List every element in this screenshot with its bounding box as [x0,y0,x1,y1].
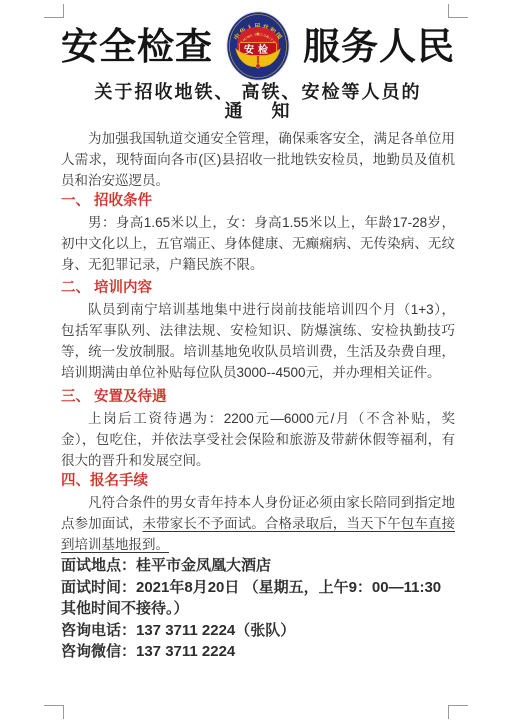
notice-document-page: 安全检查 中华人民共和国 CHINA SECURITY ★ ★ [0,0,510,720]
contact-interview-location: 面试地点：桂平市金凤凰大酒店 [61,555,455,577]
badge-star-icon: ★ [256,32,261,38]
contact-interview-time: 面试时间：2021年8月20日 （星期五，上午9：00—11:30其他时间不接待… [61,577,455,620]
section-3-body: 上岗后工资待遇为：2200元—6000元/月（不含补贴，奖金），包吃住，并依法享… [61,408,455,471]
section-1-body: 男：身高1.65米以上，女：身高1.55米以上，年龄17-28岁，初中文化以上，… [61,212,455,275]
text-boundary-mark-bottom-right [448,705,468,719]
section-1-heading: 一、 招收条件 [61,191,455,212]
section-4-heading: 四、报名手续 [61,471,455,492]
section-4-body: 凡符合条件的男女青年持本人身份证必须由家长陪同到指定地点参加面试，未带家长不予面… [61,492,455,555]
badge-center-text: 安检 [244,43,272,56]
document-content: 安全检查 中华人民共和国 CHINA SECURITY ★ ★ [61,10,455,663]
section-3-heading: 三、 安置及待遇 [61,387,455,408]
badge-bottom-emblem [256,64,260,68]
notice-subtitle: 关于招收地铁、 高铁、安检等人员的 通 知 [61,83,455,121]
section-2-body: 队员到南宁培训基地集中进行岗前技能培训四个月（1+3），包括军事队列、法律法规、… [61,299,455,383]
notice-subtitle-line1: 关于招收地铁、 高铁、安检等人员的 [61,83,455,102]
section-2-heading: 二、 培训内容 [61,278,455,299]
security-badge-svg: 中华人民共和国 CHINA SECURITY ★ ★ ★ 安检 [226,11,290,81]
security-badge-icon: 中华人民共和国 CHINA SECURITY ★ ★ ★ 安检 [226,11,290,81]
badge-star-small-left-icon: ★ [248,35,251,39]
document-title-row: 安全检查 中华人民共和国 CHINA SECURITY ★ ★ [61,10,455,82]
notice-subtitle-line2: 通 知 [61,102,455,121]
contact-wechat: 咨询微信：137 3711 2224 [61,641,455,663]
badge-star-small-right-icon: ★ [266,35,269,39]
text-boundary-mark-bottom-left [44,705,64,719]
contact-phone: 咨询电话：137 3711 2224（张队） [61,620,455,642]
title-left: 安全检查 [61,28,213,65]
title-right: 服务人民 [303,28,455,65]
contact-block: 面试地点：桂平市金凤凰大酒店 面试时间：2021年8月20日 （星期五，上午9：… [61,555,455,663]
intro-paragraph: 为加强我国轨道交通安全管理，确保乘客安全，满足各单位用人需求，现特面向各市(区)… [61,128,455,191]
